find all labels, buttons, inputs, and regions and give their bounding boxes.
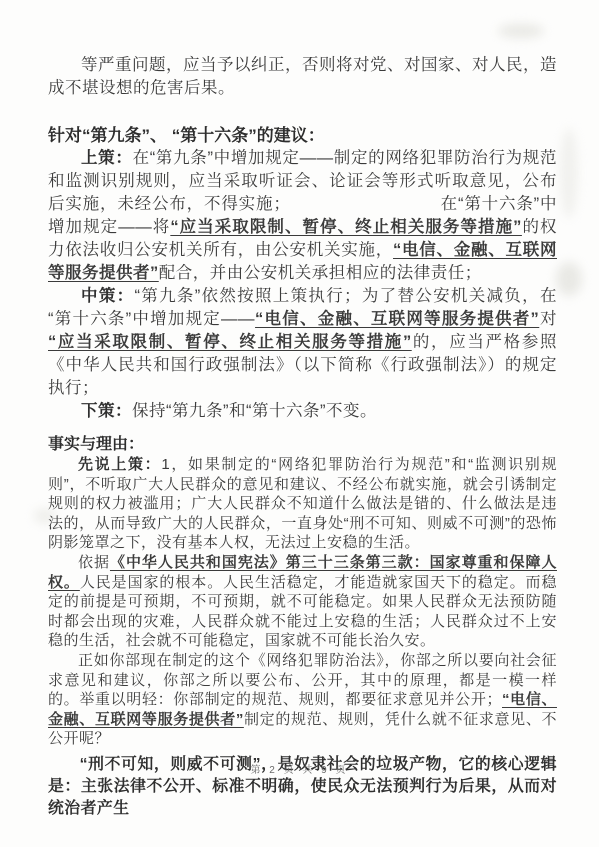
middle-policy-paragraph: 中策：“第九条”依然按照上策执行；为了替公安机关减负，在“第十六条”中增加规定—… — [48, 285, 557, 400]
text-run: 依据 — [78, 554, 110, 571]
facts-heading: 事实与理由： — [48, 435, 557, 455]
scan-smudge — [560, 128, 578, 218]
facts-paragraph-1-label: 先说上策： — [78, 456, 161, 473]
underlined-measures-clause: “应当采取限制、暂停、终止相关服务等措施” — [170, 218, 522, 236]
text-run: 保持“第九条”和“第十六条”不变。 — [132, 402, 377, 420]
worst-policy-label: 下策： — [81, 402, 132, 420]
worst-policy-paragraph: 下策：保持“第九条”和“第十六条”不变。 — [48, 400, 557, 423]
continuation-paragraph: 等严重问题，应当予以纠正，否则将对党、对国家、对人民，造成不堪设想的危害后果。 — [48, 54, 557, 100]
document-content: 等严重问题，应当予以纠正，否则将对党、对国家、对人民，造成不堪设想的危害后果。 … — [48, 54, 557, 820]
underlined-providers-clause: “电信、金融、互联网等服务提供者” — [255, 310, 539, 328]
facts-paragraph-3: 正如你部现在制定的这个《网络犯罪防治法》，你部之所以要向社会征求意见和建议，你部… — [48, 651, 557, 749]
best-policy-paragraph: 上策：在“第九条”中增加规定——制定的网络犯罪防治行为规范和监测识别规则，应当采… — [48, 147, 557, 285]
text-run: 正如你部现在制定的这个《网络犯罪防治法》，你部之所以要向社会征求意见和建议，你部… — [48, 652, 557, 708]
text-run: 配合，并由公安机关承担相应的法律责任； — [159, 264, 482, 282]
suggestions-heading: 针对“第九条”、 “第十六条”的建议： — [48, 124, 557, 147]
scanned-document-page: 等严重问题，应当予以纠正，否则将对党、对国家、对人民，造成不堪设想的危害后果。 … — [0, 0, 599, 847]
scan-smudge — [556, 262, 582, 296]
text-run: 对 — [539, 310, 557, 328]
underlined-measures-clause: “应当采取限制、暂停、终止相关服务等措施” — [48, 333, 412, 351]
middle-policy-label: 中策： — [81, 287, 134, 305]
best-policy-label: 上策： — [81, 149, 133, 167]
text-run: 等严重问题，应当予以纠正，否则将对党、对国家、对人民，造成不堪设想的危害后果。 — [48, 56, 557, 97]
facts-paragraph-1: 先说上策：1，如果制定的“网络犯罪防治行为规范”和“监测识别规则”，不听取广大人… — [48, 455, 557, 553]
scan-smudge — [498, 24, 544, 38]
facts-paragraph-2: 依据《中华人民共和国宪法》第三十三条第三款：国家尊重和保障人权。人民是国家的根本… — [48, 553, 557, 651]
text-run: 人民是国家的根本。人民生活稳定，才能造就家国天下的稳定。而稳定的前提是可预期，不… — [48, 574, 557, 650]
page-footer: 第 2 页 共 9 页 — [0, 761, 599, 776]
